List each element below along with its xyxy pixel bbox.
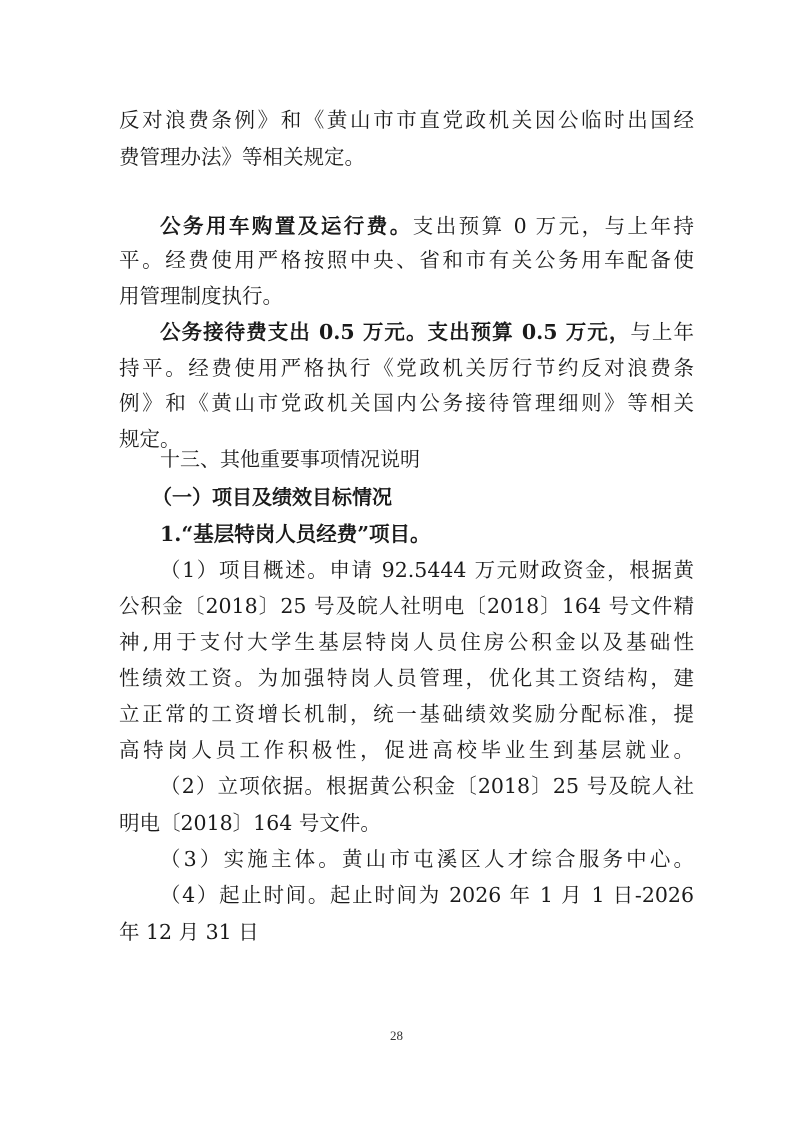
body-text-line: 立正常的工资增长机制，统一基础绩效奖励分配标准，提	[119, 699, 694, 729]
project-heading: 1.“基层特岗人员经费”项目。	[160, 519, 430, 549]
body-text-line: 平。经费使用严格按照中央、省和市有关公务用车配备使	[119, 245, 694, 275]
project-basis-line: （2）立项依据。根据黄公积金〔2018〕25 号及皖人社	[160, 771, 694, 801]
body-text-line: 费管理办法》等相关规定。	[119, 142, 694, 172]
reception-expense-heading: 公务接待费支出 0.5 万元。支出预算 0.5 万元，	[160, 320, 630, 344]
body-text-line: 明电〔2018〕164 号文件。	[119, 808, 694, 838]
section-heading-13: 十三、其他重要事项情况说明	[160, 444, 420, 474]
body-text: 与上年	[630, 320, 694, 344]
body-text-line: 用管理制度执行。	[119, 281, 694, 311]
project-period-line: （4）起止时间。起止时间为 2026 年 1 月 1 日-2026	[160, 880, 694, 910]
body-text-line: 神,用于支付大学生基层特岗人员住房公积金以及基础性	[119, 627, 694, 657]
subsection-heading-1: （一）项目及绩效目标情况	[152, 482, 392, 512]
body-text-line: 公积金〔2018〕25 号及皖人社明电〔2018〕164 号文件精	[119, 591, 694, 621]
paragraph-reception-expense: 公务接待费支出 0.5 万元。支出预算 0.5 万元，与上年	[160, 317, 694, 347]
page-number: 28	[0, 1028, 793, 1044]
body-text-line: 高特岗人员工作积极性，促进高校毕业生到基层就业。	[119, 735, 694, 765]
project-overview-line: （1）项目概述。申请 92.5444 万元财政资金，根据黄	[160, 555, 694, 585]
body-text-line: 性绩效工资。为加强特岗人员管理，优化其工资结构，建	[119, 663, 694, 693]
body-text-line: 持平。经费使用严格执行《党政机关厉行节约反对浪费条	[119, 353, 694, 383]
paragraph-vehicle-expense: 公务用车购置及运行费。支出预算 0 万元，与上年持	[160, 211, 694, 241]
implementing-entity-line: （3）实施主体。黄山市屯溪区人才综合服务中心。	[160, 844, 694, 874]
body-text-line: 年 12 月 31 日	[119, 917, 694, 947]
body-text-line: 反对浪费条例》和《黄山市市直党政机关因公临时出国经	[119, 105, 694, 135]
vehicle-expense-heading: 公务用车购置及运行费。	[160, 214, 413, 238]
body-text-line: 例》和《黄山市党政机关国内公务接待管理细则》等相关	[119, 388, 694, 418]
document-page: 反对浪费条例》和《黄山市市直党政机关因公临时出国经 费管理办法》等相关规定。 公…	[0, 0, 793, 1122]
body-text: 支出预算 0 万元，与上年持	[413, 214, 694, 238]
